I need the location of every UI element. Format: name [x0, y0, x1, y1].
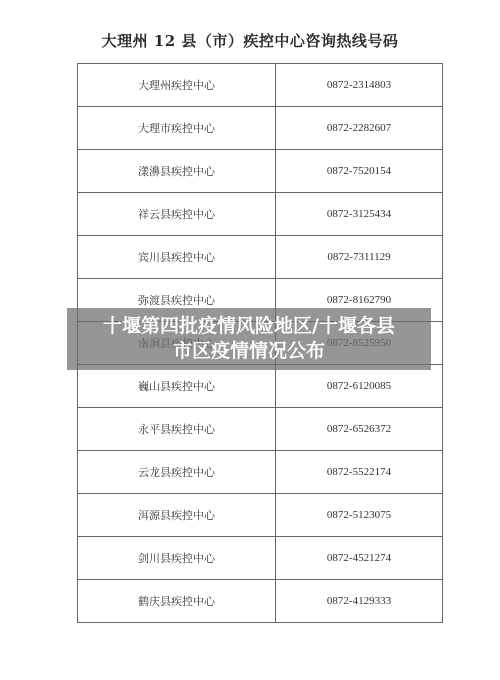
cdc-phone: 0872-2314803 [276, 64, 443, 107]
cdc-phone: 0872-5522174 [276, 451, 443, 494]
cdc-name: 云龙县疾控中心 [78, 451, 276, 494]
table-row: 云龙县疾控中心0872-5522174 [78, 451, 443, 494]
cdc-name: 宾川县疾控中心 [78, 236, 276, 279]
cdc-phone: 0872-7520154 [276, 150, 443, 193]
cdc-phone: 0872-4129333 [276, 580, 443, 623]
cdc-phone: 0872-3125434 [276, 193, 443, 236]
cdc-name: 漾濞县疾控中心 [78, 150, 276, 193]
cdc-name: 祥云县疾控中心 [78, 193, 276, 236]
table-row: 鹤庆县疾控中心0872-4129333 [78, 580, 443, 623]
table-row: 巍山县疾控中心0872-6120085 [78, 365, 443, 408]
cdc-phone: 0872-6526372 [276, 408, 443, 451]
headline-line-1: 十堰第四批疫情风险地区/十堰各县 [103, 314, 395, 339]
cdc-name: 大理市疾控中心 [78, 107, 276, 150]
table-row: 祥云县疾控中心0872-3125434 [78, 193, 443, 236]
headline-banner[interactable]: 十堰第四批疫情风险地区/十堰各县 市区疫情情况公布 [67, 308, 431, 370]
table-row: 宾川县疾控中心0872-7311129 [78, 236, 443, 279]
headline-line-2: 市区疫情情况公布 [173, 339, 325, 364]
cdc-phone: 0872-7311129 [276, 236, 443, 279]
table-row: 剑川县疾控中心0872-4521274 [78, 537, 443, 580]
cdc-name: 巍山县疾控中心 [78, 365, 276, 408]
table-row: 永平县疾控中心0872-6526372 [78, 408, 443, 451]
table-row: 大理市疾控中心0872-2282607 [78, 107, 443, 150]
cdc-name: 永平县疾控中心 [78, 408, 276, 451]
document-title: 大理州 12 县（市）疾控中心咨询热线号码 [0, 30, 500, 51]
cdc-name: 洱源县疾控中心 [78, 494, 276, 537]
cdc-phone: 0872-5123075 [276, 494, 443, 537]
cdc-phone: 0872-6120085 [276, 365, 443, 408]
cdc-phone: 0872-2282607 [276, 107, 443, 150]
cdc-name: 鹤庆县疾控中心 [78, 580, 276, 623]
cdc-phone: 0872-4521274 [276, 537, 443, 580]
table-row: 漾濞县疾控中心0872-7520154 [78, 150, 443, 193]
cdc-name: 剑川县疾控中心 [78, 537, 276, 580]
cdc-name: 大理州疾控中心 [78, 64, 276, 107]
table-row: 洱源县疾控中心0872-5123075 [78, 494, 443, 537]
table-row: 大理州疾控中心0872-2314803 [78, 64, 443, 107]
